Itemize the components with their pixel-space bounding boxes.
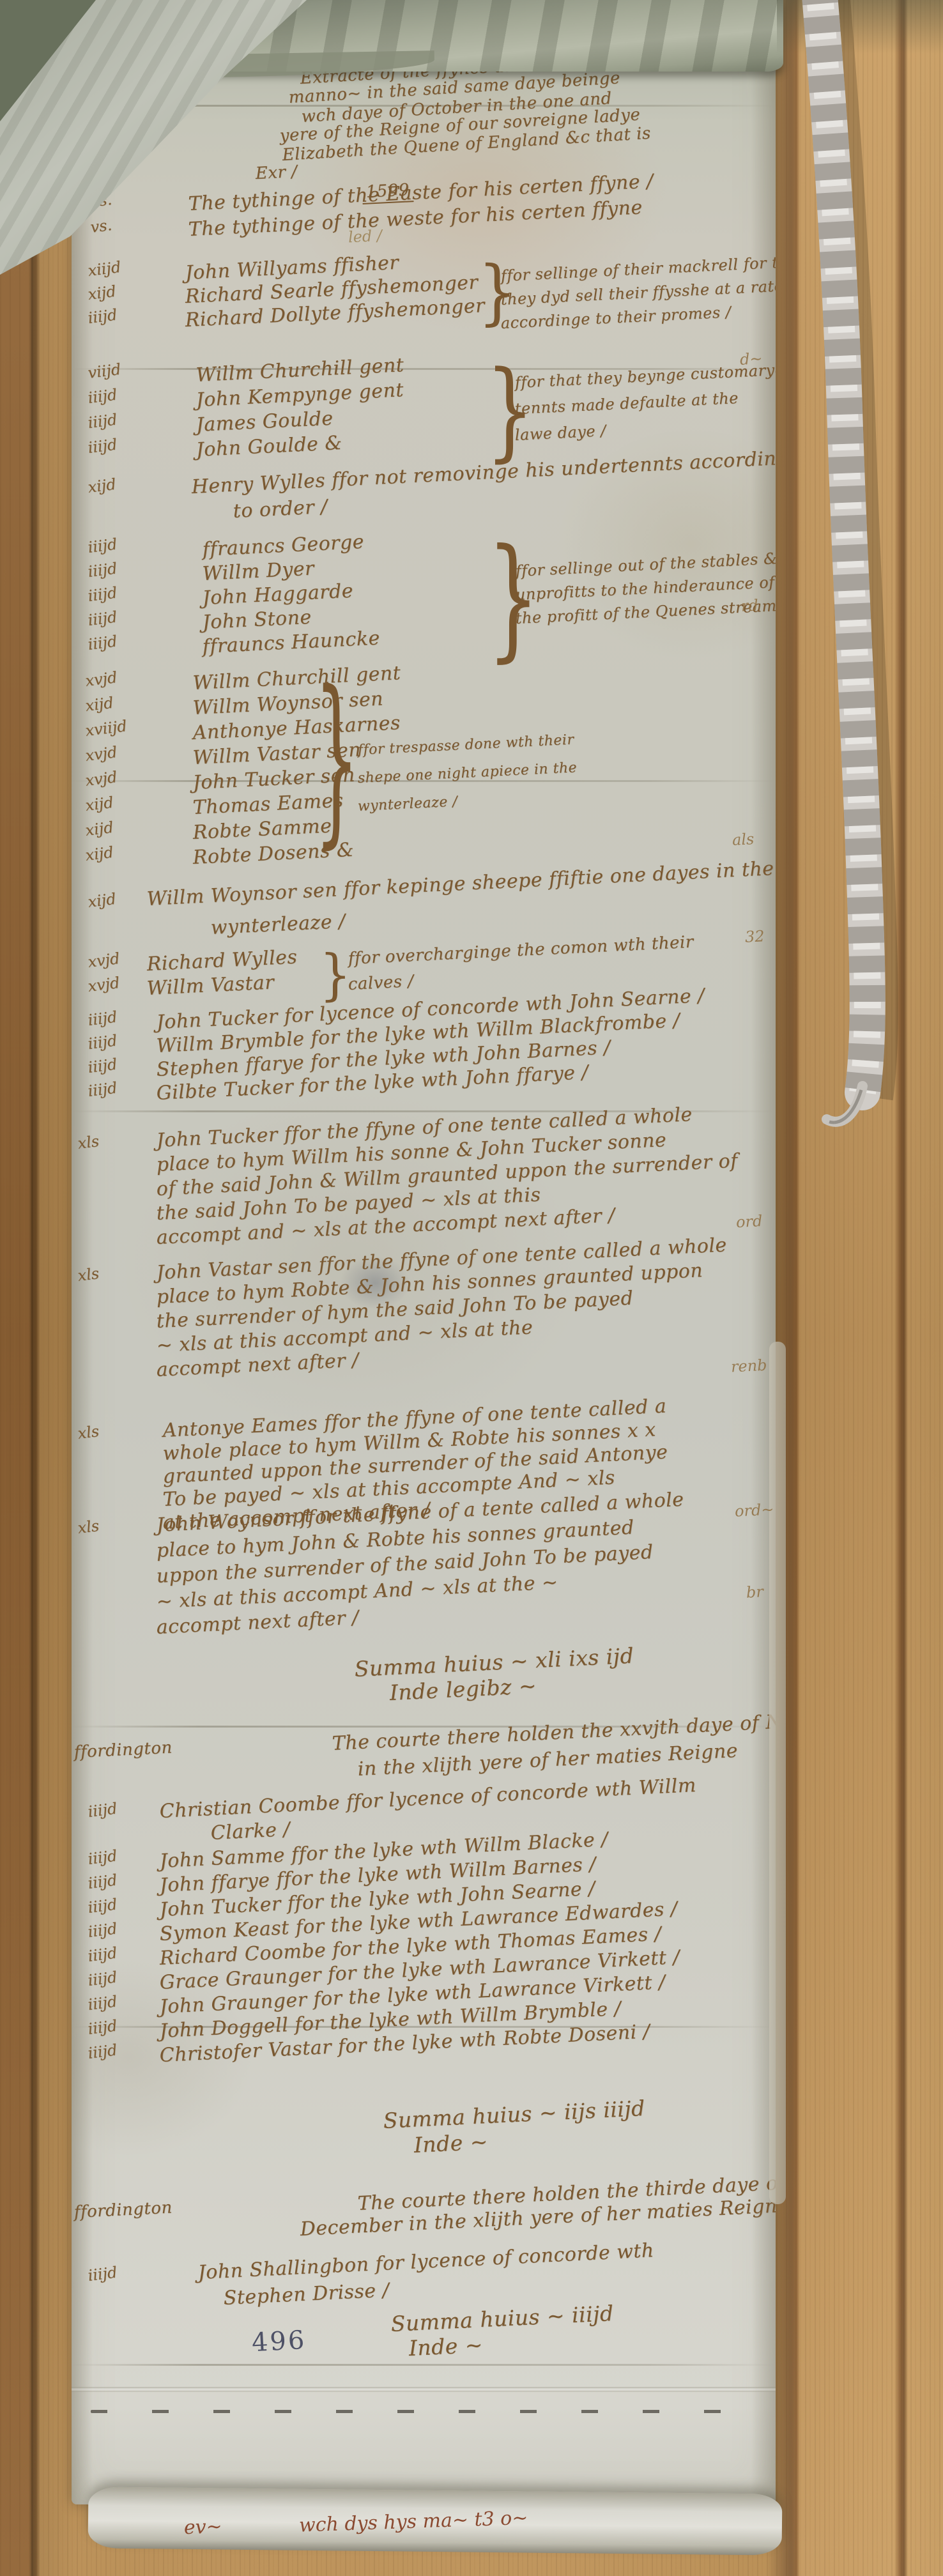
margin-amount: iiijd bbox=[87, 584, 118, 605]
edge-fragment: als bbox=[732, 830, 755, 849]
crease bbox=[72, 2364, 776, 2366]
margin-place-name: ffordington bbox=[73, 2198, 172, 2221]
person-name: Richard Wylles bbox=[146, 946, 298, 976]
margin-amount: xiijd bbox=[87, 258, 122, 280]
margin-amount: iiijd bbox=[87, 1800, 118, 1821]
margin-amount: xvjd bbox=[84, 743, 118, 765]
edge-fragment: ord bbox=[735, 1212, 763, 1231]
old-writing-fragment: ev~ bbox=[183, 2515, 222, 2539]
person-name: John Goulde & bbox=[195, 432, 342, 461]
parchment-roll: Extracte of the ffynes and amercements o… bbox=[72, 23, 776, 2504]
old-writing-fragment: wch dys hys ma~ t3 o~ bbox=[299, 2507, 528, 2537]
margin-amount: iiijd bbox=[87, 1944, 118, 1965]
margin-amount: iiijd bbox=[87, 386, 118, 407]
margin-amount: vs. bbox=[89, 216, 113, 236]
margin-amount: iiijd bbox=[87, 560, 118, 581]
margin-amount: xvjd bbox=[87, 974, 121, 995]
concord-row: iiijd Gilbte Tucker for the lyke wth Joh… bbox=[72, 1082, 776, 1104]
group-brace: } bbox=[319, 948, 351, 1003]
entry-line: Christian Coombe ffor lycence of concord… bbox=[159, 1774, 697, 1823]
margin-amount: xls bbox=[77, 1264, 100, 1285]
margin-amount: iiijd bbox=[87, 1032, 118, 1053]
person-name: James Goulde bbox=[195, 408, 333, 436]
margin-amount: xvjd bbox=[84, 668, 118, 690]
amerced-row: iiijd ffrauncs Hauncke bbox=[72, 636, 776, 657]
edge-fragment: d~ bbox=[739, 349, 763, 369]
margin-amount: iiijd bbox=[87, 436, 118, 457]
person-name: Robte Samme bbox=[192, 815, 332, 844]
margin-amount: xvjd bbox=[87, 949, 121, 971]
person-name: Willm Vastar bbox=[146, 971, 275, 1000]
margin-amount: iiijd bbox=[87, 1008, 118, 1029]
amerced-row: xijd Robte Samme bbox=[72, 822, 776, 843]
person-name: Willm Dyer bbox=[202, 557, 315, 585]
margin-place-name: ffordington bbox=[73, 1738, 172, 1761]
summa-line: Summa huius ~ iijs iiijd bbox=[383, 2096, 646, 2133]
margin-amount: iiijd bbox=[87, 535, 118, 556]
summa-line: Summa huius ~ iiijd bbox=[390, 2301, 615, 2336]
under-membrane-edge bbox=[769, 1342, 786, 2204]
margin-amount: xvjd bbox=[84, 768, 118, 790]
margin-amount: xls bbox=[77, 1422, 100, 1443]
tithing-row: vs. The tythinge of the weste for his ce… bbox=[72, 218, 776, 240]
margin-amount: xijd bbox=[87, 475, 117, 496]
margin-amount: xijd bbox=[87, 282, 117, 303]
group-brace: } bbox=[314, 667, 359, 850]
edge-fragment: 32 bbox=[744, 927, 765, 946]
person-name: ffrauncs George bbox=[202, 531, 365, 561]
margin-amount: xijd bbox=[84, 694, 114, 715]
margin-amount: xls bbox=[77, 1517, 100, 1537]
concord-row: iiijd Christofer Vastar for the lyke wth… bbox=[72, 2044, 776, 2066]
margin-amount: iiijd bbox=[87, 632, 118, 654]
edge-fragment: br bbox=[746, 1583, 763, 1601]
entry-line: Stephen Drisse / bbox=[223, 2279, 390, 2310]
parchment-bottom-roll: ev~ wch dys hys ma~ t3 o~ bbox=[88, 2487, 783, 2555]
corner-shadow bbox=[777, 0, 943, 54]
margin-amount: xijd bbox=[84, 818, 114, 839]
margin-amount: iiijd bbox=[87, 411, 118, 432]
margin-amount: iiijd bbox=[87, 1968, 118, 1989]
margin-amount: iiijd bbox=[87, 1871, 118, 1892]
margin-amount: iiijd bbox=[87, 2017, 118, 2038]
margin-amount: xls bbox=[77, 1132, 100, 1153]
margin-amount: iiijd bbox=[87, 2041, 118, 2062]
margin-amount: iiijd bbox=[87, 1896, 118, 1917]
membrane-seam bbox=[72, 2387, 776, 2392]
amerced-row: xijd Willm Woynsor sen bbox=[72, 697, 776, 719]
entry-line: to order / bbox=[233, 496, 328, 523]
margin-amount: xviijd bbox=[84, 717, 128, 740]
edge-fragment: rd bbox=[740, 596, 758, 615]
margin-amount: xijd bbox=[84, 843, 114, 864]
archival-folio-number: 496 bbox=[251, 2326, 307, 2357]
amerced-row: iiijd James Goulde bbox=[72, 414, 776, 436]
entry-line: wynterleaze / bbox=[210, 910, 346, 939]
examined-mark: Exr / bbox=[255, 162, 298, 183]
margin-amount: viijd bbox=[87, 360, 122, 382]
summa-line: Inde ~ bbox=[413, 2129, 489, 2158]
margin-amount: xijd bbox=[84, 793, 114, 815]
margin-amount: iiijd bbox=[87, 1847, 118, 1868]
margin-amount: iiijd bbox=[87, 1920, 118, 1941]
stitch-line bbox=[91, 2410, 755, 2413]
person-name: John Stone bbox=[202, 606, 312, 634]
margin-amount: iiijd bbox=[87, 1055, 118, 1077]
margin-amount: iiijd bbox=[87, 306, 118, 327]
edge-fragment: led / bbox=[348, 227, 382, 247]
margin-amount: iiijd bbox=[87, 1993, 118, 2014]
entry-line: Clarke / bbox=[210, 1818, 291, 1844]
margin-amount: iiijd bbox=[87, 608, 118, 629]
margin-amount: iiijd bbox=[87, 2264, 118, 2285]
edge-fragment: renb bbox=[730, 1356, 767, 1376]
manuscript-photo: Extracte of the ffynes and amercements o… bbox=[0, 0, 943, 2576]
edge-fragment: ord~ bbox=[734, 1500, 774, 1520]
margin-amount: iiijd bbox=[87, 1079, 118, 1100]
summa-line: Inde ~ bbox=[408, 2332, 484, 2361]
group-note-line: calves / bbox=[348, 972, 414, 994]
entry-line: John Shallingbon for lycence of concorde… bbox=[197, 2239, 655, 2284]
margin-amount: xijd bbox=[87, 890, 117, 911]
amerced-row: xvjd Willm Churchill gent bbox=[72, 672, 776, 694]
